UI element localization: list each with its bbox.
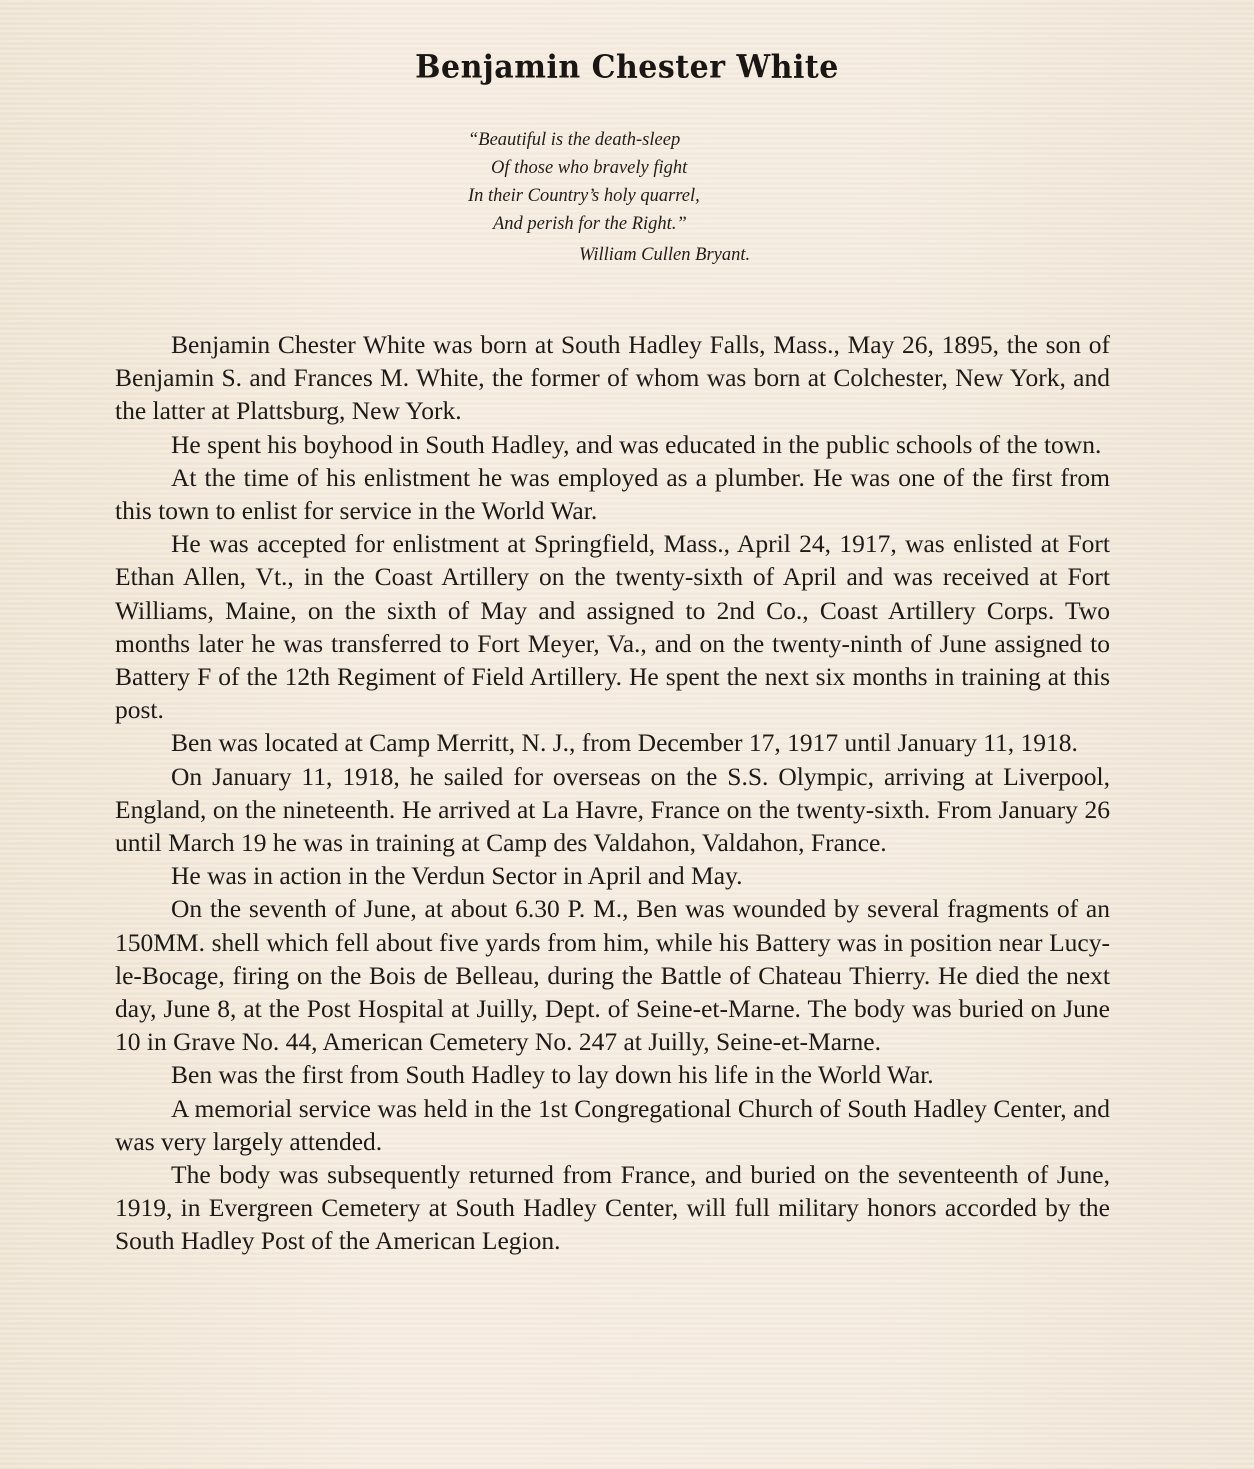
paragraph-first-casualty: Ben was the first from South Hadley to l…	[115, 1058, 1110, 1091]
paragraph-reburial: The body was subsequently returned from …	[115, 1158, 1110, 1258]
paragraph-service-assignments: He was accepted for enlistment at Spring…	[115, 527, 1110, 726]
paragraph-birth: Benjamin Chester White was born at South…	[115, 328, 1110, 428]
paragraph-memorial-service: A memorial service was held in the 1st C…	[115, 1092, 1110, 1158]
epigraph-attribution: William Cullen Bryant.	[460, 241, 860, 269]
epigraph-line: In their Country’s holy quarrel,	[460, 182, 860, 210]
paragraph-camp-merritt: Ben was located at Camp Merritt, N. J., …	[115, 726, 1110, 759]
epigraph-line: Of those who bravely fight	[460, 154, 860, 182]
epigraph-line: And perish for the Right.”	[460, 210, 860, 238]
epigraph-quote: “Beautiful is the death-sleep Of those w…	[460, 126, 860, 269]
paragraph-wounded-died: On the seventh of June, at about 6.30 P.…	[115, 892, 1110, 1058]
biography-text: Benjamin Chester White was born at South…	[115, 328, 1110, 1258]
document-page: Benjamin Chester White “Beautiful is the…	[0, 0, 1254, 1469]
paragraph-boyhood: He spent his boyhood in South Hadley, an…	[115, 428, 1110, 461]
page-title: Benjamin Chester White	[0, 49, 1254, 86]
paragraph-verdun: He was in action in the Verdun Sector in…	[115, 859, 1110, 892]
paragraph-enlistment-occupation: At the time of his enlistment he was emp…	[115, 461, 1110, 527]
paragraph-overseas: On January 11, 1918, he sailed for overs…	[115, 760, 1110, 860]
epigraph-line: “Beautiful is the death-sleep	[460, 126, 860, 154]
